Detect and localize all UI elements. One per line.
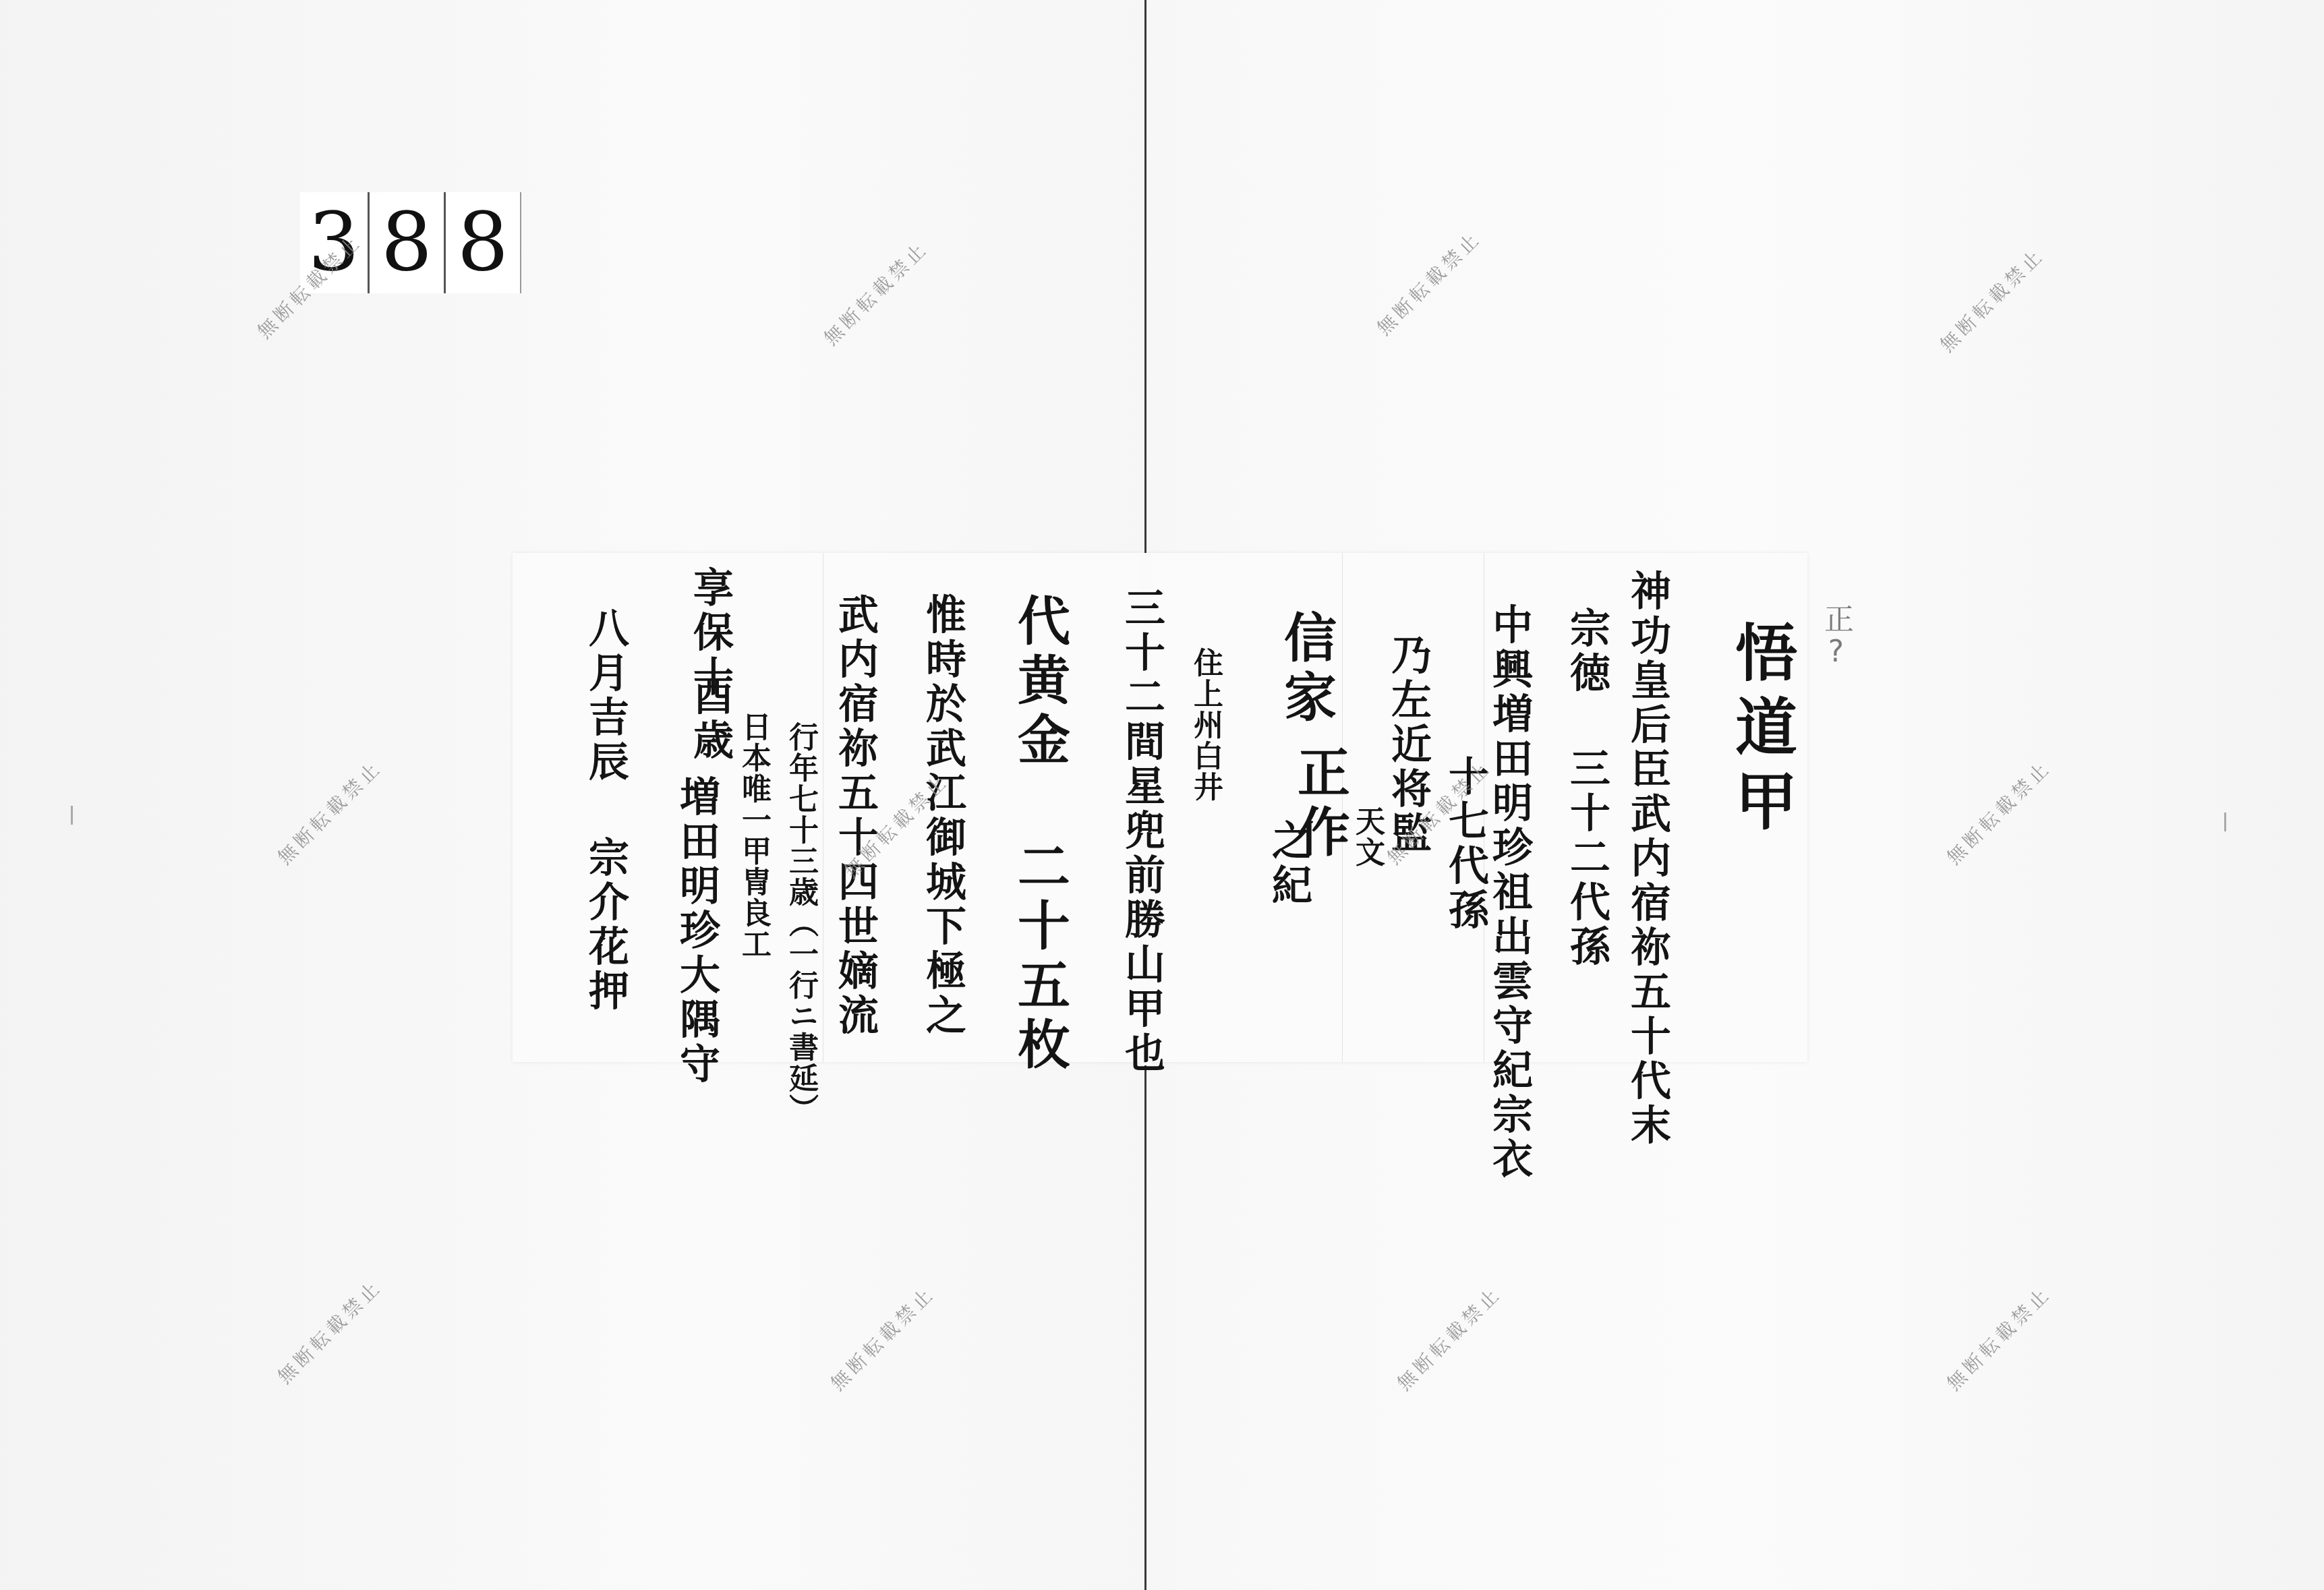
date-signature-column: 八月吉辰 宗介花押 — [577, 607, 635, 1014]
margin-note: 正? — [1814, 603, 1857, 670]
text-column: 神功皇后臣武内宿祢五十代末 — [1619, 570, 1677, 1148]
text-column: 宗徳 三十二代孫 — [1558, 607, 1616, 970]
scan-edge-mark — [71, 806, 73, 825]
text-column: 日本唯一甲冑良工 — [732, 711, 775, 960]
text-column: 武内宿祢五十四世嫡流 — [826, 593, 884, 1038]
page-number-digit: 8 — [370, 192, 446, 293]
text-column: 住上州白井 — [1184, 647, 1227, 802]
smith-name: 信家 — [1268, 610, 1343, 729]
text-column: 之紀 — [1260, 819, 1318, 908]
paper-fold-crease — [823, 553, 823, 1062]
signature-column: 増田明珍大隅守 — [668, 775, 726, 1087]
date-year: 酉歳 — [681, 674, 739, 763]
document-title: 悟道甲 — [1716, 620, 1805, 843]
valuation-column: 代黄金 二十五枚 — [1001, 593, 1077, 1076]
text-column: 行年七十三歳（一行ニ書延） — [779, 722, 822, 1125]
scan-edge-mark — [2224, 813, 2226, 831]
era-note: 天文 — [1345, 806, 1389, 868]
text-column: 三十二間星兜前勝山甲也 — [1113, 587, 1171, 1076]
page-number-digit: 8 — [446, 192, 521, 293]
